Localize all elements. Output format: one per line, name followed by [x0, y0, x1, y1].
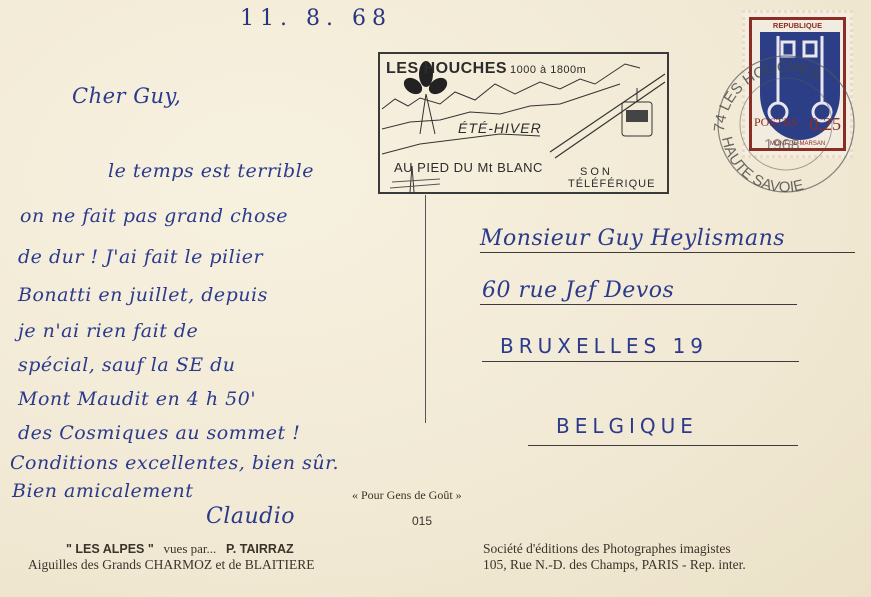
signature: Claudio [206, 504, 295, 529]
address-rule [480, 252, 855, 253]
series-line: " LES ALPES " vues par... P. TAIRRAZ [66, 541, 294, 557]
photographer: P. TAIRRAZ [226, 542, 294, 556]
series-title: " LES ALPES " [66, 542, 154, 556]
publisher-address: 105, Rue N.-D. des Champs, PARIS - Rep. … [483, 557, 746, 573]
message-line: Bonatti en juillet, depuis [18, 284, 268, 306]
address-name: Monsieur Guy Heylismans [480, 226, 785, 251]
postmark-telepherique: TÉLÉFÉRIQUE [568, 178, 655, 190]
address-street: 60 rue Jef Devos [482, 278, 674, 303]
postmark-son: SON [580, 166, 613, 178]
greeting: Cher Guy, [72, 84, 181, 108]
card-divider [425, 195, 426, 423]
series-by: vues par... [164, 541, 217, 556]
cancellation-year: 1968 [764, 137, 800, 154]
address-rule [528, 445, 798, 446]
postmark-title: LES HOUCHES [386, 60, 507, 78]
address-rule [480, 304, 797, 305]
cancellation-top-text: 74 LES HOUCHES [711, 59, 823, 133]
slogan-postmark: LES HOUCHES 1000 à 1800m ÉTÉ-HIVER AU PI… [378, 52, 669, 194]
postmark-altitude: 1000 à 1800m [510, 64, 586, 76]
message-line: de dur ! J'ai fait le pilier [18, 246, 263, 268]
address-city: BRUXELLES 19 [500, 334, 708, 358]
message-line: Mont Maudit en 4 h 50' [18, 388, 256, 410]
handwritten-date: 11. 8. 68 [240, 6, 392, 31]
postmark-season: ÉTÉ-HIVER [458, 120, 542, 136]
postcard-back: 11. 8. 68 Cher Guy, le temps est terribl… [0, 0, 871, 597]
message-line: le temps est terrible [108, 160, 314, 182]
message-line: je n'ai rien fait de [18, 320, 198, 342]
message-line: on ne fait pas grand chose [20, 205, 288, 227]
message-line: Bien amicalement [12, 480, 193, 502]
cancellation-postmark-icon: 74 LES HOUCHES HAUTE SAVOIE 1968 [704, 52, 864, 202]
card-number: 015 [412, 514, 432, 528]
message-line: Conditions excellentes, bien sûr. [10, 452, 339, 474]
postmark-location: AU PIED DU Mt BLANC [394, 160, 543, 175]
address-country: BELGIQUE [556, 414, 698, 438]
address-rule [482, 361, 799, 362]
message-line: des Cosmiques au sommet ! [18, 422, 300, 444]
svg-text:74 LES HOUCHES: 74 LES HOUCHES [711, 59, 823, 133]
publisher: Société d'éditions des Photographes imag… [483, 541, 731, 557]
photo-caption: Aiguilles des Grands CHARMOZ et de BLAIT… [28, 557, 314, 573]
message-line: spécial, sauf la SE du [18, 354, 236, 376]
printed-slogan: « Pour Gens de Goût » [352, 488, 462, 503]
